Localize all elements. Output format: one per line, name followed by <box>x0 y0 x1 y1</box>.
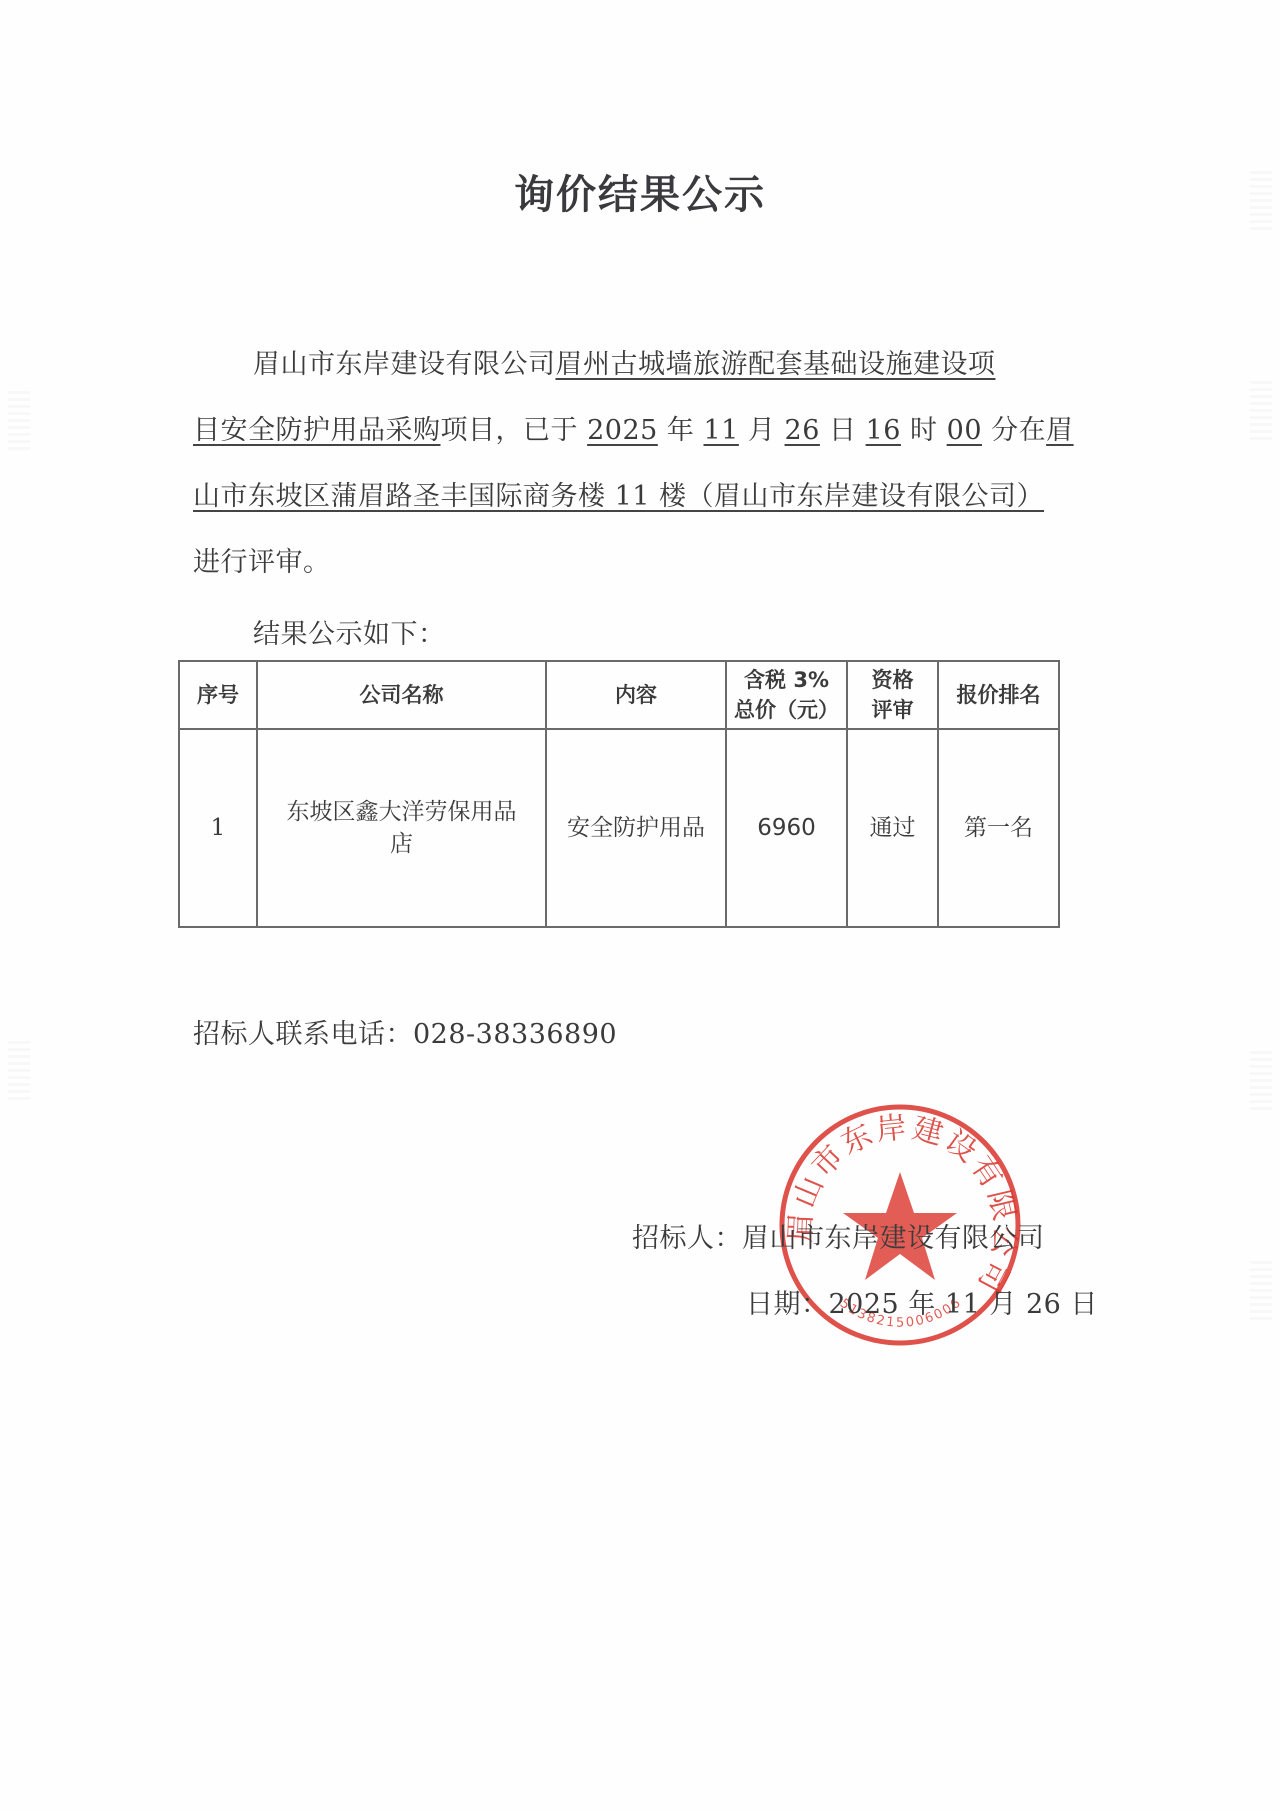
svg-text:眉山市东岸建设有限公司: 眉山市东岸建设有限公司 <box>783 1110 1023 1301</box>
year-unit: 年 <box>667 415 695 446</box>
minute-unit: 分在 <box>991 415 1046 446</box>
review-month: 11 <box>704 415 739 446</box>
date-day-unit: 日 <box>1070 1289 1098 1320</box>
header-total-price: 含税 3% 总价（元） <box>726 661 847 729</box>
scan-artifact <box>1250 1260 1272 1320</box>
date-month: 11 <box>945 1289 980 1320</box>
review-hour: 16 <box>866 415 901 446</box>
date-day: 26 <box>1026 1289 1061 1320</box>
cell-total-price: 6960 <box>726 729 847 927</box>
review-minute: 00 <box>947 415 982 446</box>
body-text: 进行评审。 <box>193 547 331 578</box>
cell-rank: 第一名 <box>938 729 1059 927</box>
header-qualification: 资格 评审 <box>847 661 938 729</box>
month-unit: 月 <box>748 415 776 446</box>
cell-company: 东坡区鑫大洋劳保用品 店 <box>257 729 546 927</box>
body-text: 项目，已于 <box>441 415 579 446</box>
contact-label: 招标人联系电话： <box>193 1019 413 1050</box>
header-content: 内容 <box>546 661 726 729</box>
document-page: 询价结果公示 眉山市东岸建设有限公司眉州古城墙旅游配套基础设施建设项 目安全防护… <box>0 0 1280 1811</box>
review-year: 2025 <box>587 415 658 446</box>
header-total-price-line1: 含税 3% <box>731 665 842 695</box>
body-line-4: 进行评审。 <box>193 540 331 579</box>
scan-artifact <box>1250 380 1272 440</box>
contact-phone: 028-38336890 <box>413 1019 617 1050</box>
cell-index: 1 <box>179 729 257 927</box>
cell-content: 安全防护用品 <box>546 729 726 927</box>
review-day: 26 <box>785 415 820 446</box>
project-name-part2: 目安全防护用品采购 <box>193 415 441 446</box>
body-line-1: 眉山市东岸建设有限公司眉州古城墙旅游配套基础设施建设项 <box>253 342 996 381</box>
venue-part1: 眉 <box>1046 415 1074 446</box>
venue-address: 山市东坡区蒲眉路圣丰国际商务楼 11 楼（眉山市东岸建设有限公司） <box>193 481 1044 512</box>
hour-unit: 时 <box>910 415 938 446</box>
body-line-3: 山市东坡区蒲眉路圣丰国际商务楼 11 楼（眉山市东岸建设有限公司） <box>193 474 1044 513</box>
body-line-2: 目安全防护用品采购项目，已于 2025 年 11 月 26 日 16 时 00 … <box>193 408 1074 447</box>
results-intro: 结果公示如下： <box>253 612 446 651</box>
results-table: 序号 公司名称 内容 含税 3% 总价（元） 资格 评审 报价排名 1 东坡区鑫… <box>178 660 1060 928</box>
date-year-unit: 年 <box>908 1289 936 1320</box>
date-label: 日期： <box>746 1289 829 1320</box>
date-line: 日期：2025 年 11 月 26 日 <box>746 1282 1098 1321</box>
tenderer-label: 招标人： <box>632 1223 742 1254</box>
header-qualification-line2: 评审 <box>852 695 933 725</box>
purchaser-name: 眉山市东岸建设有限公司 <box>253 349 556 380</box>
header-total-price-line2: 总价（元） <box>731 695 842 725</box>
date-month-unit: 月 <box>989 1289 1017 1320</box>
header-qualification-line1: 资格 <box>852 665 933 695</box>
project-name-part1: 眉州古城墙旅游配套基础设施建设项 <box>556 349 996 380</box>
cell-company-line1: 东坡区鑫大洋劳保用品 <box>262 796 541 828</box>
tenderer-name: 眉山市东岸建设有限公司 <box>742 1223 1045 1254</box>
cell-company-line2: 店 <box>262 828 541 860</box>
cell-qualification: 通过 <box>847 729 938 927</box>
table-header-row: 序号 公司名称 内容 含税 3% 总价（元） 资格 评审 报价排名 <box>179 661 1059 729</box>
contact-line: 招标人联系电话：028-38336890 <box>193 1012 617 1051</box>
header-company: 公司名称 <box>257 661 546 729</box>
document-title: 询价结果公示 <box>0 163 1280 220</box>
header-index: 序号 <box>179 661 257 729</box>
tenderer-line: 招标人：眉山市东岸建设有限公司 <box>632 1216 1045 1255</box>
header-rank: 报价排名 <box>938 661 1059 729</box>
scan-artifact <box>8 390 30 450</box>
scan-artifact <box>8 1040 30 1100</box>
scan-artifact <box>1250 1050 1272 1110</box>
day-unit: 日 <box>829 415 857 446</box>
table-row: 1 东坡区鑫大洋劳保用品 店 安全防护用品 6960 通过 第一名 <box>179 729 1059 927</box>
date-year: 2025 <box>829 1289 900 1320</box>
